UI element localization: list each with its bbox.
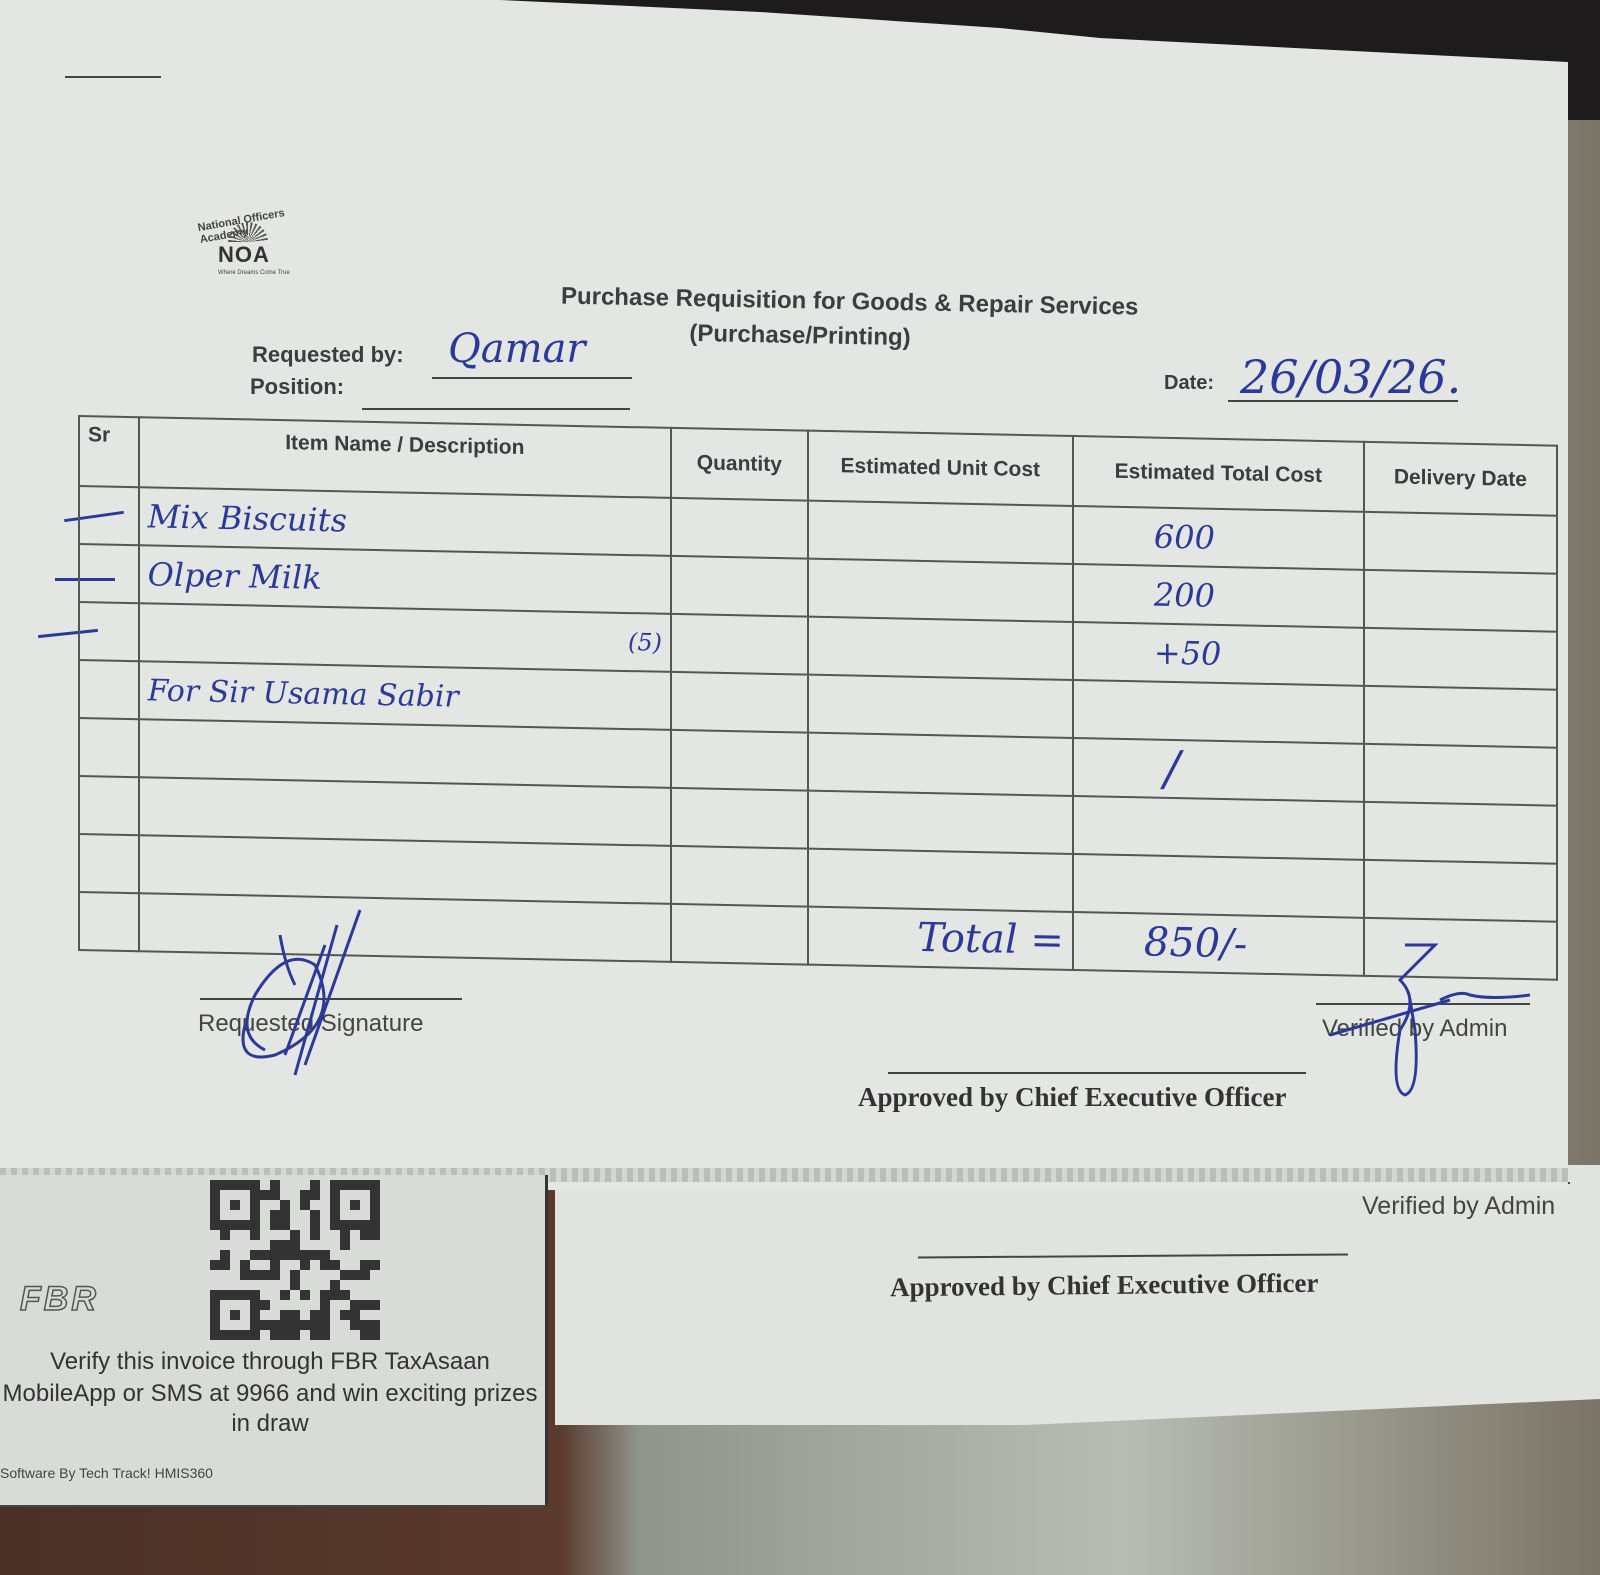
cell-unit[interactable]: [808, 501, 1073, 564]
position-field-line[interactable]: [362, 408, 630, 410]
cell-item[interactable]: [139, 719, 671, 788]
receipt-line-3: in draw: [0, 1410, 550, 1438]
date-value[interactable]: 26/03/26.: [1240, 350, 1461, 404]
qr-code-icon[interactable]: [210, 1180, 380, 1340]
cell-unit[interactable]: [808, 617, 1073, 680]
cell-qty[interactable]: [671, 614, 808, 675]
cell-qty[interactable]: [671, 846, 808, 907]
cell-delivery[interactable]: [1364, 860, 1557, 922]
header-item: Item Name / Description: [139, 417, 671, 498]
cell-delivery[interactable]: [1364, 744, 1557, 806]
cell-total[interactable]: [1073, 854, 1364, 918]
cell-delivery[interactable]: [1364, 628, 1557, 690]
receipt-line-1: Verify this invoice through FBR TaxAsaan: [0, 1348, 550, 1376]
date-label: Date:: [1164, 372, 1214, 395]
underlying-verified-label: Verified by Admin: [1362, 1192, 1555, 1221]
cell-sr[interactable]: [79, 834, 139, 893]
cell-item[interactable]: Mix Biscuits: [139, 487, 671, 556]
cell-unit[interactable]: [808, 559, 1073, 622]
corner-mark: [65, 76, 161, 78]
header-quantity: Quantity: [671, 428, 808, 501]
cell-qty[interactable]: [671, 904, 808, 965]
receipt-line-2: MobileApp or SMS at 9966 and win excitin…: [0, 1380, 550, 1408]
cell-item[interactable]: For Sir Usama Sabir: [139, 661, 671, 730]
cell-qty[interactable]: [671, 672, 808, 733]
header-sr: Sr: [79, 416, 139, 487]
header-total-cost: Estimated Total Cost: [1073, 436, 1364, 512]
cell-sr[interactable]: [79, 602, 139, 661]
header-delivery-date: Delivery Date: [1364, 442, 1557, 516]
cell-total[interactable]: +50: [1073, 622, 1364, 686]
requested-by-field-line: [432, 377, 632, 379]
cell-item[interactable]: [139, 835, 671, 904]
admin-signature-scribble: [1320, 940, 1540, 1105]
noa-logo: National Officers Academy NOA Where Drea…: [190, 200, 315, 285]
cell-item[interactable]: (5): [139, 603, 671, 672]
logo-tagline: Where Dreams Come True: [218, 270, 290, 276]
cell-unit[interactable]: [808, 791, 1073, 854]
position-label: Position:: [250, 374, 344, 400]
requester-signature-scribble: [225, 905, 375, 1090]
cell-unit[interactable]: [808, 675, 1073, 738]
cell-qty[interactable]: [671, 556, 808, 617]
cell-total[interactable]: /: [1073, 738, 1364, 802]
requested-by-value[interactable]: Qamar: [448, 326, 586, 372]
cell-sr[interactable]: [79, 544, 139, 603]
cell-delivery[interactable]: [1364, 802, 1557, 864]
cell-sr[interactable]: [79, 718, 139, 777]
cell-item[interactable]: [139, 777, 671, 846]
cell-sr[interactable]: [79, 776, 139, 835]
cell-qty[interactable]: [671, 788, 808, 849]
cell-sr[interactable]: [79, 660, 139, 719]
header-unit-cost: Estimated Unit Cost: [808, 431, 1073, 506]
cell-sr[interactable]: [79, 892, 139, 951]
cell-delivery[interactable]: [1364, 570, 1557, 632]
cell-item[interactable]: [139, 893, 671, 962]
cell-total[interactable]: [1073, 796, 1364, 860]
cell-sr[interactable]: [79, 486, 139, 545]
approved-signature-line: [888, 1072, 1306, 1074]
cell-total[interactable]: [1073, 680, 1364, 744]
approved-by-ceo-label: Approved by Chief Executive Officer: [858, 1082, 1286, 1113]
cell-unit[interactable]: [808, 849, 1073, 912]
cell-delivery[interactable]: [1364, 512, 1557, 574]
cell-qty[interactable]: [671, 498, 808, 559]
cell-qty[interactable]: [671, 730, 808, 791]
cell-item[interactable]: Olper Milk: [139, 545, 671, 614]
receipt-footer: Software By Tech Track! HMIS360: [0, 1465, 213, 1481]
cell-delivery[interactable]: [1364, 686, 1557, 748]
logo-initials: NOA: [218, 242, 270, 268]
cell-unit[interactable]: [808, 733, 1073, 796]
requested-by-label: Requested by:: [252, 342, 404, 368]
quantity-annotation: (5): [628, 628, 662, 657]
cell-total[interactable]: 200: [1073, 564, 1364, 628]
underlying-approved-label: Approved by Chief Executive Officer: [890, 1268, 1319, 1303]
total-label: Total =: [808, 907, 1073, 970]
cell-total[interactable]: 600: [1073, 506, 1364, 570]
fbr-logo: FBR: [20, 1280, 99, 1319]
requisition-table: Sr Item Name / Description Quantity Esti…: [78, 415, 1558, 965]
